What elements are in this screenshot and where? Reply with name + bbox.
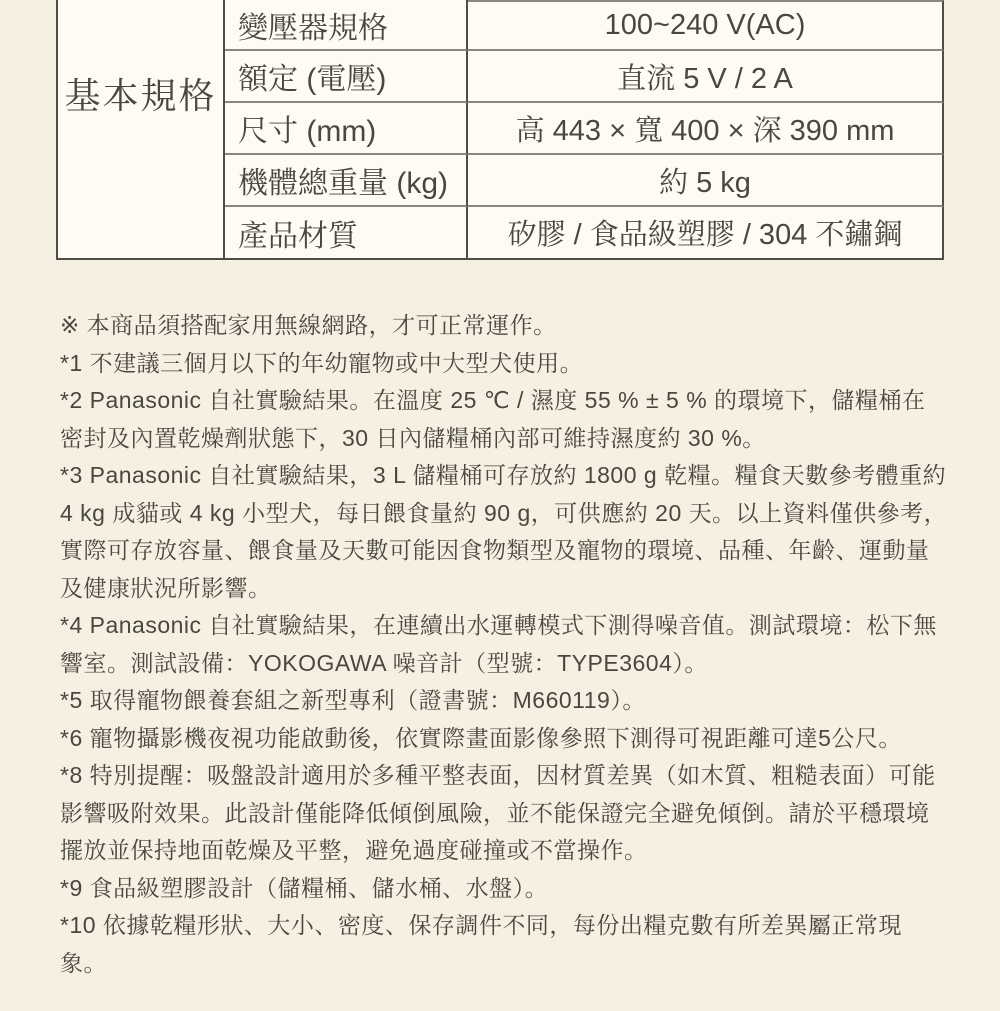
spec-label-adapter: 變壓器規格 (225, 0, 468, 51)
footnote-10: *10 依據乾糧形狀、大小、密度、保存調件不同，每份出糧克數有所差異屬正常現象。 (60, 907, 948, 982)
spec-label-material: 產品材質 (225, 207, 468, 260)
spec-value-rated-voltage: 直流 5 V / 2 A (468, 51, 944, 103)
spec-value-dimensions: 高 443 × 寬 400 × 深 390 mm (468, 103, 944, 155)
spec-label-weight: 機體總重量 (kg) (225, 155, 468, 207)
spec-value-weight: 約 5 kg (468, 155, 944, 207)
footnote-wifi: ※ 本商品須搭配家用無線網路，才可正常運作。 (60, 307, 948, 345)
footnote-6: *6 寵物攝影機夜視功能啟動後，依實際畫面影像參照下測得可視距離可達5公尺。 (60, 720, 948, 758)
footnotes: ※ 本商品須搭配家用無線網路，才可正常運作。 *1 不建議三個月以下的年幼寵物或… (60, 307, 948, 982)
spec-section-header: 基本規格 (58, 0, 225, 260)
footnote-1: *1 不建議三個月以下的年幼寵物或中大型犬使用。 (60, 345, 948, 383)
spec-value-adapter: 100~240 V(AC) (468, 0, 944, 51)
spec-label-dimensions: 尺寸 (mm) (225, 103, 468, 155)
footnote-8: *8 特別提醒：吸盤設計適用於多種平整表面，因材質差異（如木質、粗糙表面）可能影… (60, 757, 948, 870)
footnote-2: *2 Panasonic 自社實驗結果。在溫度 25 ℃ / 濕度 55 % ±… (60, 382, 948, 457)
footnote-4: *4 Panasonic 自社實驗結果，在連續出水運轉模式下測得噪音值。測試環境… (60, 607, 948, 682)
footnote-9: *9 食品級塑膠設計（儲糧桶、儲水桶、水盤）。 (60, 870, 948, 908)
footnote-3: *3 Panasonic 自社實驗結果，3 L 儲糧桶可存放約 1800 g 乾… (60, 457, 948, 607)
product-spec-page: 基本規格 變壓器規格 100~240 V(AC) 額定 (電壓) 直流 5 V … (0, 0, 1000, 1011)
spec-label-rated-voltage: 額定 (電壓) (225, 51, 468, 103)
spec-value-material: 矽膠 / 食品級塑膠 / 304 不鏽鋼 (468, 207, 944, 260)
footnote-5: *5 取得寵物餵養套組之新型專利（證書號：M660119）。 (60, 682, 948, 720)
spec-table: 基本規格 變壓器規格 100~240 V(AC) 額定 (電壓) 直流 5 V … (56, 0, 942, 260)
